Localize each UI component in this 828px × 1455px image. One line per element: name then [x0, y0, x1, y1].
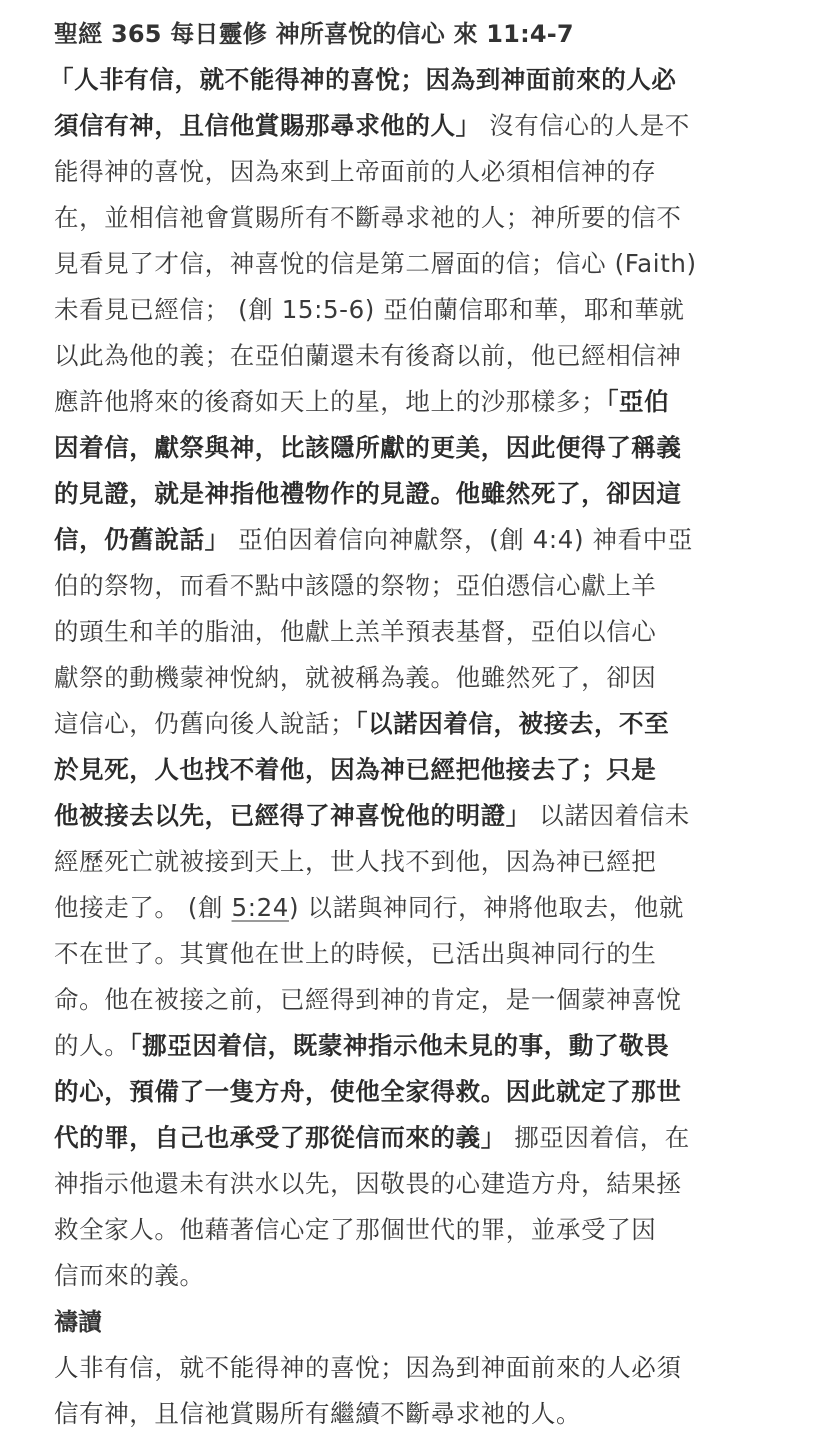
scripture-quote: 因着信，獻祭與神，比該隱所獻的更美，因此便得了稱義	[54, 433, 682, 462]
text-line: 不在世了。其實他在世上的時候，已活出與神同行的生	[54, 931, 794, 977]
commentary-text: 在，並相信祂會賞賜所有不斷尋求祂的人；神所要的信不	[54, 203, 682, 232]
commentary-text: 見看見了才信，神喜悅的信是第二層面的信；信心 (Faith)	[54, 249, 697, 278]
page-title: 聖經 365 每日靈修 神所喜悅的信心 來 11:4-7	[54, 11, 794, 57]
text-line: 未看見已經信； (創 15:5-6) 亞伯蘭信耶和華，耶和華就	[54, 287, 794, 333]
text-line: 於見死，人也找不着他，因為神已經把他接去了；只是	[54, 747, 794, 793]
text-line: 「人非有信，就不能得神的喜悅；因為到神面前來的人必	[49, 57, 794, 103]
text-line: 能得神的喜悅，因為來到上帝面前的人必須相信神的存	[54, 149, 794, 195]
commentary-text: ) 以諾與神同行，神將他取去，他就	[289, 893, 684, 922]
text-line: 因着信，獻祭與神，比該隱所獻的更美，因此便得了稱義	[54, 425, 794, 471]
text-line: 信而來的義。	[54, 1253, 794, 1299]
text-line: 應許他將來的後裔如天上的星，地上的沙那樣多；「亞伯	[54, 379, 794, 425]
text-line: 在，並相信祂會賞賜所有不斷尋求祂的人；神所要的信不	[54, 195, 794, 241]
commentary-text: 以此為他的義；在亞伯蘭還未有後裔以前，他已經相信神	[54, 341, 682, 370]
commentary-text: 的頭生和羊的脂油，他獻上羔羊預表基督，亞伯以信心	[54, 617, 656, 646]
scripture-quote: 「挪亞因着信，既蒙神指示他未見的事，動了敬畏	[129, 1031, 669, 1060]
text-line: 這信心，仍舊向後人說話；「以諾因着信，被接去，不至	[54, 701, 794, 747]
scripture-quote: 代的罪，自己也承受了那從信而來的義」	[54, 1123, 506, 1152]
text-line: 信，仍舊說話」 亞伯因着信向神獻祭，(創 4:4) 神看中亞	[54, 517, 794, 563]
commentary-text: 應許他將來的後裔如天上的星，地上的沙那樣多；	[54, 387, 606, 416]
scripture-quote: 他被接去以先，已經得了神喜悅他的明證」	[54, 801, 531, 830]
text-line: 他接走了。 (創 5:24) 以諾與神同行，神將他取去，他就	[54, 885, 794, 931]
text-line: 的心，預備了一隻方舟，使他全家得救。因此就定了那世	[54, 1069, 794, 1115]
text-line: 代的罪，自己也承受了那從信而來的義」 挪亞因着信，在	[54, 1115, 794, 1161]
commentary-text: 信而來的義。	[54, 1261, 205, 1290]
prayer-body: 人非有信，就不能得神的喜悅；因為到神面前來的人必須信有神，且信祂賞賜所有繼續不斷…	[54, 1345, 794, 1437]
commentary-text: 挪亞因着信，在	[506, 1123, 690, 1152]
commentary-text: 以諾因着信未	[531, 801, 690, 830]
commentary-text: 的人。	[54, 1031, 129, 1060]
commentary-text: 伯的祭物，而看不點中該隱的祭物；亞伯憑信心獻上羊	[54, 571, 656, 600]
text-line: 的人。「挪亞因着信，既蒙神指示他未見的事，動了敬畏	[54, 1023, 794, 1069]
devotional-body: 「人非有信，就不能得神的喜悅；因為到神面前來的人必須信有神，且信他賞賜那尋求他的…	[54, 57, 794, 1299]
commentary-text: 未看見已經信； (創 15:5-6) 亞伯蘭信耶和華，耶和華就	[54, 295, 685, 324]
text-line: 的見證，就是神指他禮物作的見證。他雖然死了，卻因這	[54, 471, 794, 517]
scripture-quote: 「人非有信，就不能得神的喜悅；因為到神面前來的人必	[49, 65, 677, 94]
scripture-quote: 「以諾因着信，被接去，不至	[355, 709, 669, 738]
commentary-text: 獻祭的動機蒙神悅納，就被稱為義。他雖然死了，卻因	[54, 663, 656, 692]
commentary-text: 亞伯因着信向神獻祭，(創 4:4) 神看中亞	[230, 525, 693, 554]
commentary-text: 救全家人。他藉著信心定了那個世代的罪，並承受了因	[54, 1215, 656, 1244]
commentary-text: 沒有信心的人是不	[481, 111, 690, 140]
text-line: 獻祭的動機蒙神悅納，就被稱為義。他雖然死了，卻因	[54, 655, 794, 701]
prayer-line: 信有神，且信祂賞賜所有繼續不斷尋求祂的人。	[54, 1391, 794, 1437]
scripture-quote: 的心，預備了一隻方舟，使他全家得救。因此就定了那世	[54, 1077, 682, 1106]
text-line: 以此為他的義；在亞伯蘭還未有後裔以前，他已經相信神	[54, 333, 794, 379]
commentary-text: 神指示他還未有洪水以先，因敬畏的心建造方舟，結果拯	[54, 1169, 682, 1198]
commentary-text: 能得神的喜悅，因為來到上帝面前的人必須相信神的存	[54, 157, 656, 186]
scripture-reference-link[interactable]: 5:24	[232, 893, 289, 922]
text-line: 見看見了才信，神喜悅的信是第二層面的信；信心 (Faith)	[54, 241, 794, 287]
devotional-page: 聖經 365 每日靈修 神所喜悅的信心 來 11:4-7 「人非有信，就不能得神…	[54, 11, 794, 1437]
scripture-quote: 的見證，就是神指他禮物作的見證。他雖然死了，卻因這	[54, 479, 682, 508]
commentary-text: 他接走了。 (創	[54, 893, 232, 922]
text-line: 經歷死亡就被接到天上，世人找不到他，因為神已經把	[54, 839, 794, 885]
prayer-heading: 禱讀	[54, 1299, 794, 1345]
commentary-text: 命。他在被接之前，已經得到神的肯定，是一個蒙神喜悅	[54, 985, 682, 1014]
commentary-text: 這信心，仍舊向後人說話；	[54, 709, 355, 738]
text-line: 神指示他還未有洪水以先，因敬畏的心建造方舟，結果拯	[54, 1161, 794, 1207]
scripture-quote: 信，仍舊說話」	[54, 525, 230, 554]
text-line: 命。他在被接之前，已經得到神的肯定，是一個蒙神喜悅	[54, 977, 794, 1023]
text-line: 的頭生和羊的脂油，他獻上羔羊預表基督，亞伯以信心	[54, 609, 794, 655]
scripture-quote: 須信有神，且信他賞賜那尋求他的人」	[54, 111, 481, 140]
commentary-text: 經歷死亡就被接到天上，世人找不到他，因為神已經把	[54, 847, 656, 876]
text-line: 須信有神，且信他賞賜那尋求他的人」 沒有信心的人是不	[54, 103, 794, 149]
scripture-quote: 於見死，人也找不着他，因為神已經把他接去了；只是	[54, 755, 656, 784]
prayer-line: 人非有信，就不能得神的喜悅；因為到神面前來的人必須	[54, 1345, 794, 1391]
text-line: 伯的祭物，而看不點中該隱的祭物；亞伯憑信心獻上羊	[54, 563, 794, 609]
text-line: 救全家人。他藉著信心定了那個世代的罪，並承受了因	[54, 1207, 794, 1253]
text-line: 他被接去以先，已經得了神喜悅他的明證」 以諾因着信未	[54, 793, 794, 839]
scripture-quote: 「亞伯	[606, 387, 669, 416]
commentary-text: 不在世了。其實他在世上的時候，已活出與神同行的生	[54, 939, 656, 968]
